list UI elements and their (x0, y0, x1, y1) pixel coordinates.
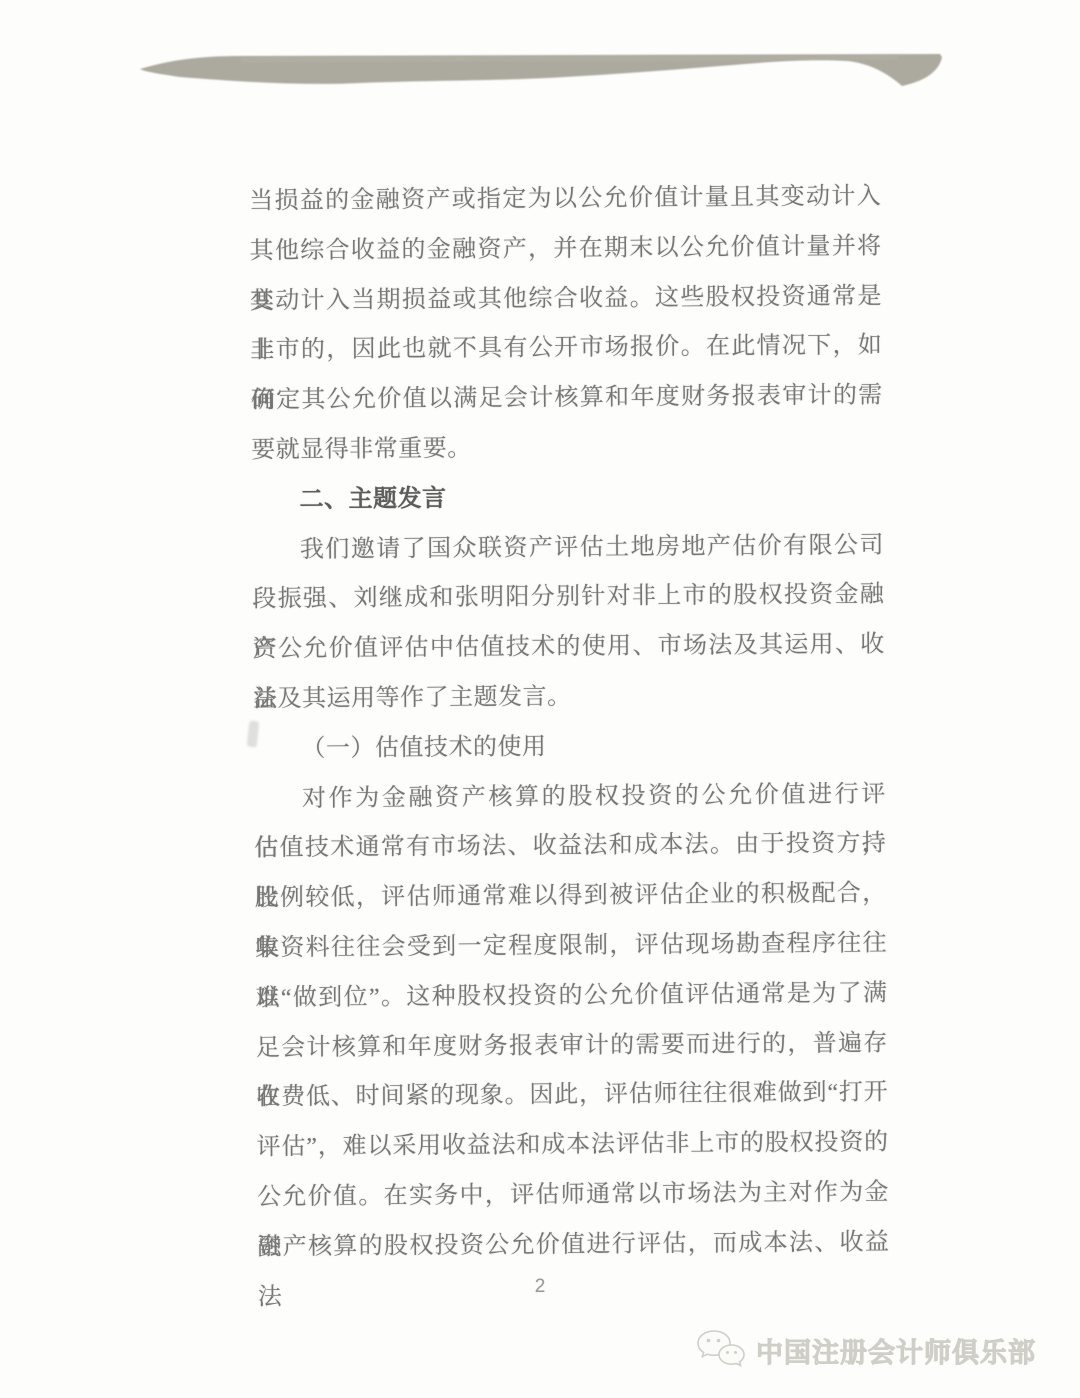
body-line: 产公允价值评估中估值技术的使用、市场法及其运用、收益 (253, 621, 885, 676)
body-line: 对作为金融资产核算的股权投资的公允价值进行评估， (254, 770, 886, 825)
body-line: 集资料往往会受到一定程度限制，评估现场勘查程序往往难 (255, 919, 887, 974)
body-line: 公允价值。在实务中，评估师通常以市场法为主对作为金融 (257, 1168, 889, 1223)
body-line: 收费低、时间紧的现象。因此，评估师往往很难做到“打开 (256, 1069, 888, 1124)
body-line: 其他综合收益的金融资产，并在期末以公允价值计量并将其 (249, 222, 881, 277)
watermark-brand-text: 中国注册会计师俱乐部 (756, 1331, 1036, 1370)
body-line: 段振强、刘继成和张明阳分别针对非上市的股权投资金融资 (252, 571, 884, 626)
body-line: 上市的，因此也就不具有公开市场报价。在此情况下，如何 (250, 322, 882, 377)
wechat-chat-bubbles-icon (694, 1328, 746, 1372)
body-line: 资产核算的股权投资公允价值进行评估，而成本法、收益法 (257, 1218, 889, 1273)
watermark-footer: 中国注册会计师俱乐部 (694, 1328, 1036, 1372)
body-line: 当损益的金融资产或指定为以公允价值计量且其变动计入 (249, 173, 881, 228)
body-line: 足会计核算和年度财务报表审计的需要而进行的，普遍存在 (256, 1019, 888, 1074)
subsection-heading: （一）估值技术的使用 (253, 720, 885, 775)
body-line: 评估”，难以采用收益法和成本法评估非上市的股权投资的 (256, 1119, 888, 1174)
scanned-document-page: 当损益的金融资产或指定为以公允价值计量且其变动计入 其他综合收益的金融资产，并在… (0, 0, 1080, 1398)
section-heading: 二、主题发言 (251, 471, 883, 526)
body-line: 要就显得非常重要。 (251, 421, 883, 476)
document-body: 当损益的金融资产或指定为以公允价值计量且其变动计入 其他综合收益的金融资产，并在… (249, 173, 890, 1273)
body-line: 估值技术通常有市场法、收益法和成本法。由于投资方持股 (254, 820, 886, 875)
body-line: 法及其运用等作了主题发言。 (253, 670, 885, 725)
scan-top-edge-shadow (0, 0, 1080, 130)
page-number: 2 (0, 1276, 1080, 1298)
body-line: 我们邀请了国众联资产评估土地房地产估价有限公司 (252, 521, 884, 576)
body-line: 变动计入当期损益或其他综合收益。这些股权投资通常是非 (250, 272, 882, 327)
body-line: 确定其公允价值以满足会计核算和年度财务报表审计的需 (251, 372, 883, 427)
body-line: 以“做到位”。这种股权投资的公允价值评估通常是为了满 (255, 969, 887, 1024)
body-line: 比例较低，评估师通常难以得到被评估企业的积极配合，收 (254, 870, 886, 925)
